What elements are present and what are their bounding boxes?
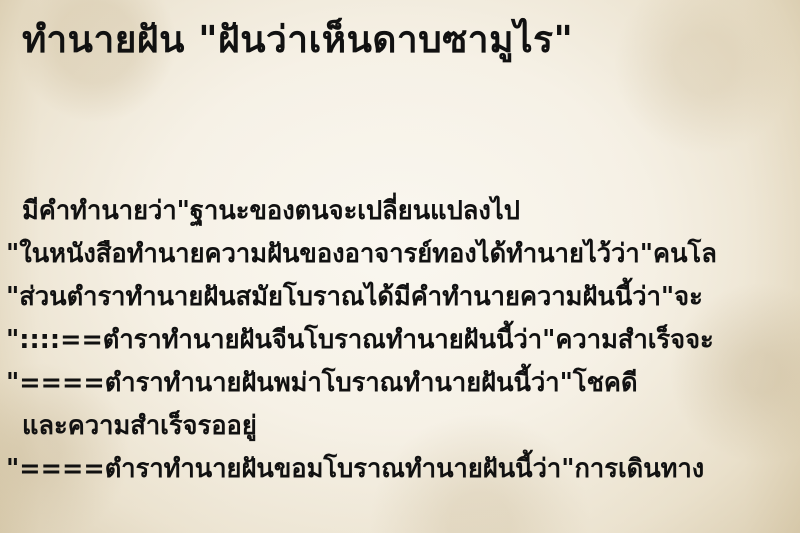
page-title: ทำนายฝัน "ฝันว่าเห็นดาบซามูไร": [22, 18, 573, 62]
interpretation-line: "ส่วนตำราทำนายฝันสมัยโบราณได้มีคำทำนายคว…: [0, 276, 800, 319]
interpretation-list: มีคำทำนายว่า"ฐานะของตนจะเปลี่ยนแปลงไป "ใ…: [0, 190, 800, 491]
interpretation-line: "::::==ตำราทำนายฝันจีนโบราณทำนายฝันนี้ว่…: [0, 319, 800, 362]
interpretation-line: มีคำทำนายว่า"ฐานะของตนจะเปลี่ยนแปลงไป: [0, 190, 800, 233]
dream-interpretation-card: ทำนายฝัน "ฝันว่าเห็นดาบซามูไร" มีคำทำนาย…: [0, 0, 800, 533]
interpretation-line: "====ตำราทำนายฝันขอมโบราณทำนายฝันนี้ว่า"…: [0, 448, 800, 491]
interpretation-line: "====ตำราทำนายฝันพม่าโบราณทำนายฝันนี้ว่า…: [0, 362, 800, 405]
interpretation-line: และความสำเร็จรออยู่: [0, 405, 800, 448]
interpretation-line: "ในหนังสือทำนายความฝันของอาจารย์ทองได้ทำ…: [0, 233, 800, 276]
